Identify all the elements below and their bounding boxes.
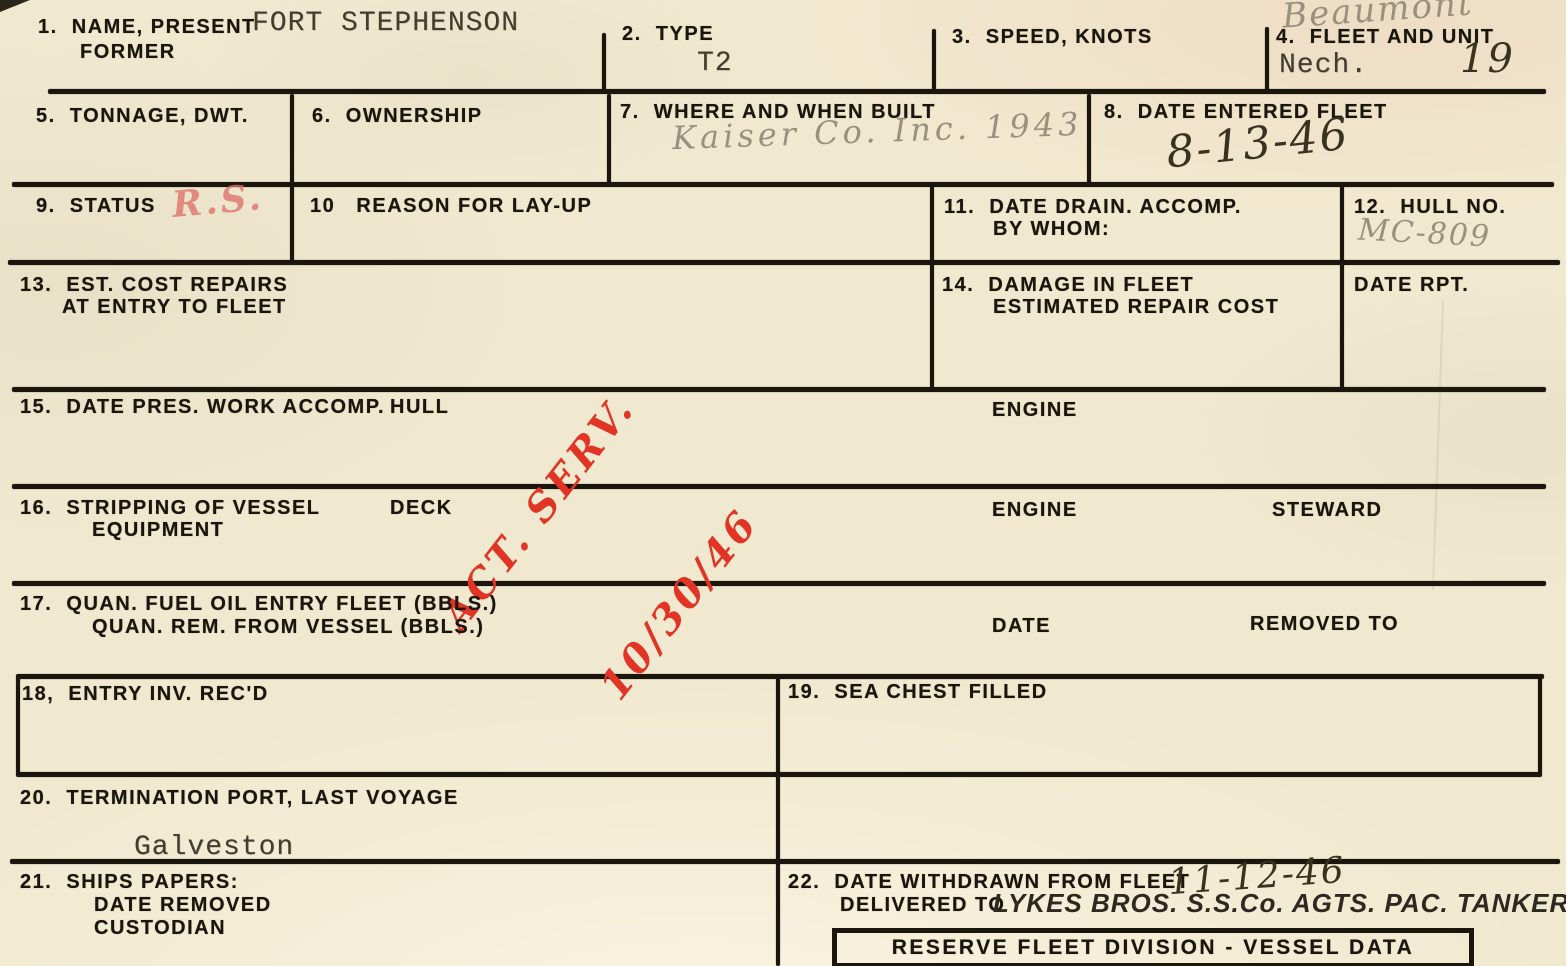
field-18-label: 18, ENTRY INV. REC'D bbox=[22, 683, 269, 706]
field-11-label-by-whom: BY WHOM: bbox=[993, 218, 1110, 241]
field-15-hull-label: HULL bbox=[390, 396, 449, 419]
field-9-status-value: R.S. bbox=[170, 176, 265, 226]
field-16-engine-label: ENGINE bbox=[992, 499, 1078, 522]
divider-box19-right bbox=[1538, 678, 1542, 774]
field-5-label: 5. TONNAGE, DWT. bbox=[36, 105, 249, 128]
field-16-deck-label: DECK bbox=[390, 497, 453, 520]
field-21-date-removed-label: DATE REMOVED bbox=[94, 894, 272, 917]
divider-box9-box10 bbox=[290, 184, 294, 262]
scan-corner-artifact bbox=[0, 0, 30, 12]
field-11-label: 11. DATE DRAIN. ACCOMP. bbox=[944, 196, 1242, 219]
field-17-label: 17. QUAN. FUEL OIL ENTRY FLEET (BBLS.) bbox=[20, 593, 498, 616]
divider-box2-box3 bbox=[932, 29, 936, 91]
field-3-label: 3. SPEED, KNOTS bbox=[952, 26, 1153, 49]
field-15-engine-label: ENGINE bbox=[992, 399, 1078, 422]
field-1-label-former: FORMER bbox=[80, 41, 176, 64]
field-20-value: Galveston bbox=[134, 832, 294, 863]
field-17-removed-to-label: REMOVED TO bbox=[1250, 613, 1399, 636]
field-16-steward-label: STEWARD bbox=[1272, 499, 1383, 522]
divider-box5-box6 bbox=[290, 94, 294, 184]
field-1-label: 1. NAME, PRESENT bbox=[38, 16, 256, 39]
red-stamp-act-serv: ACT. SERV. 10/30/46 bbox=[341, 270, 903, 814]
divider-row1-bottom bbox=[48, 89, 1546, 94]
field-14-date-rpt-label: DATE RPT. bbox=[1354, 274, 1469, 297]
field-17-label-line2: QUAN. REM. FROM VESSEL (BBLS.) bbox=[92, 616, 484, 639]
vessel-data-card: 1. NAME, PRESENT FORT STEPHENSON FORMER … bbox=[0, 0, 1566, 966]
field-4-unit-value: 19 bbox=[1460, 36, 1515, 82]
field-21-custodian-label: CUSTODIAN bbox=[94, 917, 226, 940]
field-16-label-line2: EQUIPMENT bbox=[92, 519, 224, 542]
field-1-value: FORT STEPHENSON bbox=[252, 8, 519, 39]
field-16-label: 16. STRIPPING OF VESSEL bbox=[20, 497, 321, 520]
field-20-label: 20. TERMINATION PORT, LAST VOYAGE bbox=[20, 787, 459, 810]
divider-box6-box7 bbox=[607, 94, 611, 184]
divider-box18-left bbox=[16, 676, 20, 774]
divider-box11-box12 bbox=[1340, 184, 1344, 390]
field-2-label: 2. TYPE bbox=[622, 23, 714, 46]
field-12-value: MC-809 bbox=[1357, 213, 1492, 255]
field-14-label-line2: ESTIMATED REPAIR COST bbox=[993, 296, 1279, 319]
divider-box18-box19 bbox=[776, 676, 780, 966]
field-2-value: T2 bbox=[697, 48, 733, 79]
footer-title-box: RESERVE FLEET DIVISION - VESSEL DATA bbox=[832, 928, 1474, 966]
field-6-label: 6. OWNERSHIP bbox=[312, 105, 483, 128]
field-22-delivered-to-label: DELIVERED TO bbox=[840, 894, 1005, 917]
stamp-line2: 10/30/46 bbox=[587, 443, 815, 712]
divider-box3-box4 bbox=[1265, 27, 1269, 91]
field-4-value: Nech. bbox=[1279, 50, 1368, 81]
divider-box7-box8 bbox=[1087, 94, 1091, 184]
field-17-date-label: DATE bbox=[992, 615, 1051, 638]
footer-title: RESERVE FLEET DIVISION - VESSEL DATA bbox=[892, 936, 1415, 960]
divider-box1-box2 bbox=[602, 33, 606, 91]
field-9-label: 9. STATUS bbox=[36, 195, 156, 218]
divider-row4-bottom bbox=[12, 387, 1546, 392]
field-22-delivered-to-value: LYKES BROS. S.S.Co. AGTS. PAC. TANKERS bbox=[993, 888, 1566, 919]
divider-row3-bottom bbox=[8, 260, 1560, 265]
field-14-label: 14. DAMAGE IN FLEET bbox=[942, 274, 1194, 297]
field-15-label: 15. DATE PRES. WORK ACCOMP. bbox=[20, 396, 385, 419]
field-13-label: 13. EST. COST REPAIRS bbox=[20, 274, 288, 297]
divider-box10-box11 bbox=[930, 184, 934, 390]
field-13-label-line2: AT ENTRY TO FLEET bbox=[62, 296, 287, 319]
field-10-label: 10 REASON FOR LAY-UP bbox=[310, 195, 592, 218]
field-19-label: 19. SEA CHEST FILLED bbox=[788, 681, 1048, 704]
paper-crease bbox=[1432, 300, 1444, 590]
field-21-label: 21. SHIPS PAPERS: bbox=[20, 871, 239, 894]
